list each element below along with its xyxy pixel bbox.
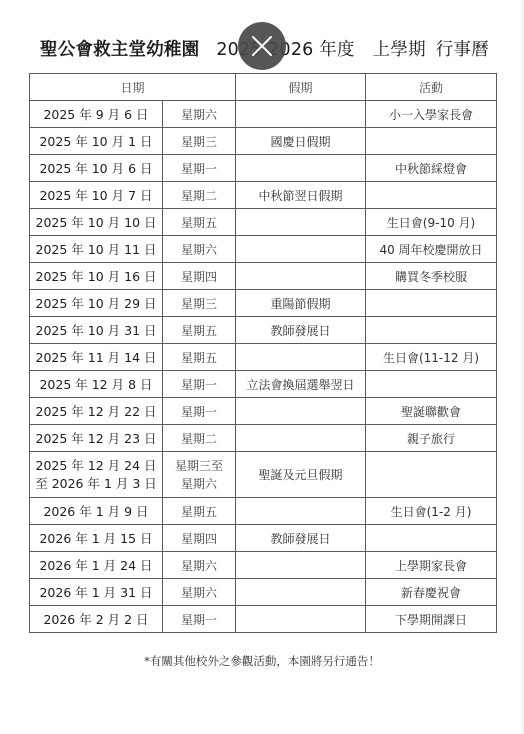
table-row: 2025 年 12 月 8 日 星期一 立法會換屆選舉翌日	[30, 371, 497, 398]
cell-date: 2026 年 1 月 15 日	[30, 525, 163, 552]
table-row: 2025 年 10 月 10 日 星期五 生日會(9-10 月)	[30, 209, 497, 236]
cell-date: 2025 年 12 月 22 日	[30, 398, 163, 425]
cell-activity: 生日會(11-12 月)	[366, 344, 497, 371]
cell-weekday: 星期二	[163, 425, 236, 452]
cell-activity	[366, 317, 497, 344]
cell-weekday-range: 星期三至 星期六	[163, 452, 236, 498]
cell-activity: 上學期家長會	[366, 552, 497, 579]
cell-weekday: 星期六	[163, 579, 236, 606]
date-range-end: 至 2026 年 1 月 3 日	[30, 475, 162, 493]
cell-activity	[366, 525, 497, 552]
cell-weekday: 星期一	[163, 371, 236, 398]
table-row: 2026 年 1 月 15 日 星期四 教師發展日	[30, 525, 497, 552]
cell-weekday: 星期五	[163, 344, 236, 371]
table-row: 2026 年 1 月 24 日 星期六 上學期家長會	[30, 552, 497, 579]
cell-holiday	[236, 398, 366, 425]
table-row: 2025 年 10 月 29 日 星期三 重陽節假期	[30, 290, 497, 317]
table-row: 2026 年 2 月 2 日 星期一 下學期開課日	[30, 606, 497, 633]
cell-weekday: 星期五	[163, 209, 236, 236]
cell-holiday	[236, 579, 366, 606]
cell-activity	[366, 290, 497, 317]
cell-date: 2025 年 10 月 10 日	[30, 209, 163, 236]
cell-date: 2025 年 12 月 8 日	[30, 371, 163, 398]
table-row: 2025 年 12 月 23 日 星期二 親子旅行	[30, 425, 497, 452]
weekday-range-start: 星期三至	[163, 457, 235, 475]
cell-date: 2025 年 10 月 29 日	[30, 290, 163, 317]
cell-holiday	[236, 498, 366, 525]
cell-activity: 聖誕聯歡會	[366, 398, 497, 425]
cell-weekday: 星期三	[163, 290, 236, 317]
cell-weekday: 星期四	[163, 525, 236, 552]
close-button[interactable]	[238, 22, 286, 70]
title-school-name: 聖公會救主堂幼稚園	[40, 36, 199, 61]
cell-weekday: 星期五	[163, 317, 236, 344]
table-row: 2025 年 10 月 1 日 星期三 國慶日假期	[30, 128, 497, 155]
cell-activity	[366, 128, 497, 155]
cell-weekday: 星期一	[163, 155, 236, 182]
table-row: 2025 年 9 月 6 日 星期六 小一入學家長會	[30, 101, 497, 128]
cell-activity: 下學期開課日	[366, 606, 497, 633]
cell-holiday	[236, 209, 366, 236]
cell-weekday: 星期六	[163, 552, 236, 579]
footnote: *有關其他校外之參觀活動，本園將另行通告！	[0, 653, 524, 669]
table-row: 2025 年 10 月 31 日 星期五 教師發展日	[30, 317, 497, 344]
title-term: 上學期	[373, 36, 426, 61]
cell-holiday: 教師發展日	[236, 525, 366, 552]
cell-date: 2025 年 9 月 6 日	[30, 101, 163, 128]
cell-activity: 購買冬季校服	[366, 263, 497, 290]
table-row: 2026 年 1 月 31 日 星期六 新春慶祝會	[30, 579, 497, 606]
cell-date: 2025 年 10 月 16 日	[30, 263, 163, 290]
cell-date: 2025 年 11 月 14 日	[30, 344, 163, 371]
cell-activity	[366, 182, 497, 209]
cell-activity: 中秋節綵燈會	[366, 155, 497, 182]
cell-holiday: 中秋節翌日假期	[236, 182, 366, 209]
cell-activity	[366, 371, 497, 398]
header-holiday: 假期	[236, 74, 366, 101]
cell-holiday	[236, 606, 366, 633]
table-row: 2025 年 11 月 14 日 星期五 生日會(11-12 月)	[30, 344, 497, 371]
cell-date: 2026 年 2 月 2 日	[30, 606, 163, 633]
cell-holiday	[236, 425, 366, 452]
table-row: 2026 年 1 月 9 日 星期五 生日會(1-2 月)	[30, 498, 497, 525]
cell-date: 2025 年 10 月 6 日	[30, 155, 163, 182]
cell-holiday: 重陽節假期	[236, 290, 366, 317]
cell-holiday	[236, 101, 366, 128]
cell-holiday: 聖誕及元旦假期	[236, 452, 366, 498]
close-x-icon	[251, 35, 273, 57]
cell-weekday: 星期六	[163, 236, 236, 263]
cell-holiday	[236, 344, 366, 371]
cell-activity: 40 周年校慶開放日	[366, 236, 497, 263]
cell-date: 2026 年 1 月 9 日	[30, 498, 163, 525]
cell-date: 2025 年 12 月 23 日	[30, 425, 163, 452]
cell-activity: 生日會(9-10 月)	[366, 209, 497, 236]
cell-holiday: 國慶日假期	[236, 128, 366, 155]
table-row: 2025 年 12 月 22 日 星期一 聖誕聯歡會	[30, 398, 497, 425]
cell-weekday: 星期一	[163, 606, 236, 633]
cell-holiday: 立法會換屆選舉翌日	[236, 371, 366, 398]
table-row: 2025 年 10 月 16 日 星期四 購買冬季校服	[30, 263, 497, 290]
weekday-range-end: 星期六	[163, 475, 235, 493]
cell-holiday	[236, 263, 366, 290]
cell-holiday	[236, 236, 366, 263]
cell-date: 2026 年 1 月 24 日	[30, 552, 163, 579]
table-row: 2025 年 12 月 24 日 至 2026 年 1 月 3 日 星期三至 星…	[30, 452, 497, 498]
cell-activity	[366, 452, 497, 498]
cell-date: 2025 年 10 月 7 日	[30, 182, 163, 209]
cell-weekday: 星期五	[163, 498, 236, 525]
cell-weekday: 星期二	[163, 182, 236, 209]
cell-activity: 小一入學家長會	[366, 101, 497, 128]
cell-date: 2025 年 10 月 31 日	[30, 317, 163, 344]
header-activity: 活動	[366, 74, 497, 101]
table-row: 2025 年 10 月 11 日 星期六 40 周年校慶開放日	[30, 236, 497, 263]
table-row: 2025 年 10 月 6 日 星期一 中秋節綵燈會	[30, 155, 497, 182]
cell-date-range: 2025 年 12 月 24 日 至 2026 年 1 月 3 日	[30, 452, 163, 498]
title-calendar: 行事曆	[436, 36, 489, 61]
cell-weekday: 星期四	[163, 263, 236, 290]
cell-date: 2025 年 10 月 11 日	[30, 236, 163, 263]
date-range-start: 2025 年 12 月 24 日	[30, 457, 162, 475]
table-row: 2025 年 10 月 7 日 星期二 中秋節翌日假期	[30, 182, 497, 209]
cell-activity: 親子旅行	[366, 425, 497, 452]
cell-holiday	[236, 552, 366, 579]
cell-weekday: 星期三	[163, 128, 236, 155]
cell-date: 2025 年 10 月 1 日	[30, 128, 163, 155]
cell-holiday: 教師發展日	[236, 317, 366, 344]
header-date: 日期	[30, 74, 236, 101]
cell-weekday: 星期一	[163, 398, 236, 425]
cell-activity: 生日會(1-2 月)	[366, 498, 497, 525]
cell-date: 2026 年 1 月 31 日	[30, 579, 163, 606]
cell-holiday	[236, 155, 366, 182]
school-calendar-table: 日期 假期 活動 2025 年 9 月 6 日 星期六 小一入學家長會 2025…	[29, 73, 497, 633]
cell-activity: 新春慶祝會	[366, 579, 497, 606]
table-header-row: 日期 假期 活動	[30, 74, 497, 101]
cell-weekday: 星期六	[163, 101, 236, 128]
